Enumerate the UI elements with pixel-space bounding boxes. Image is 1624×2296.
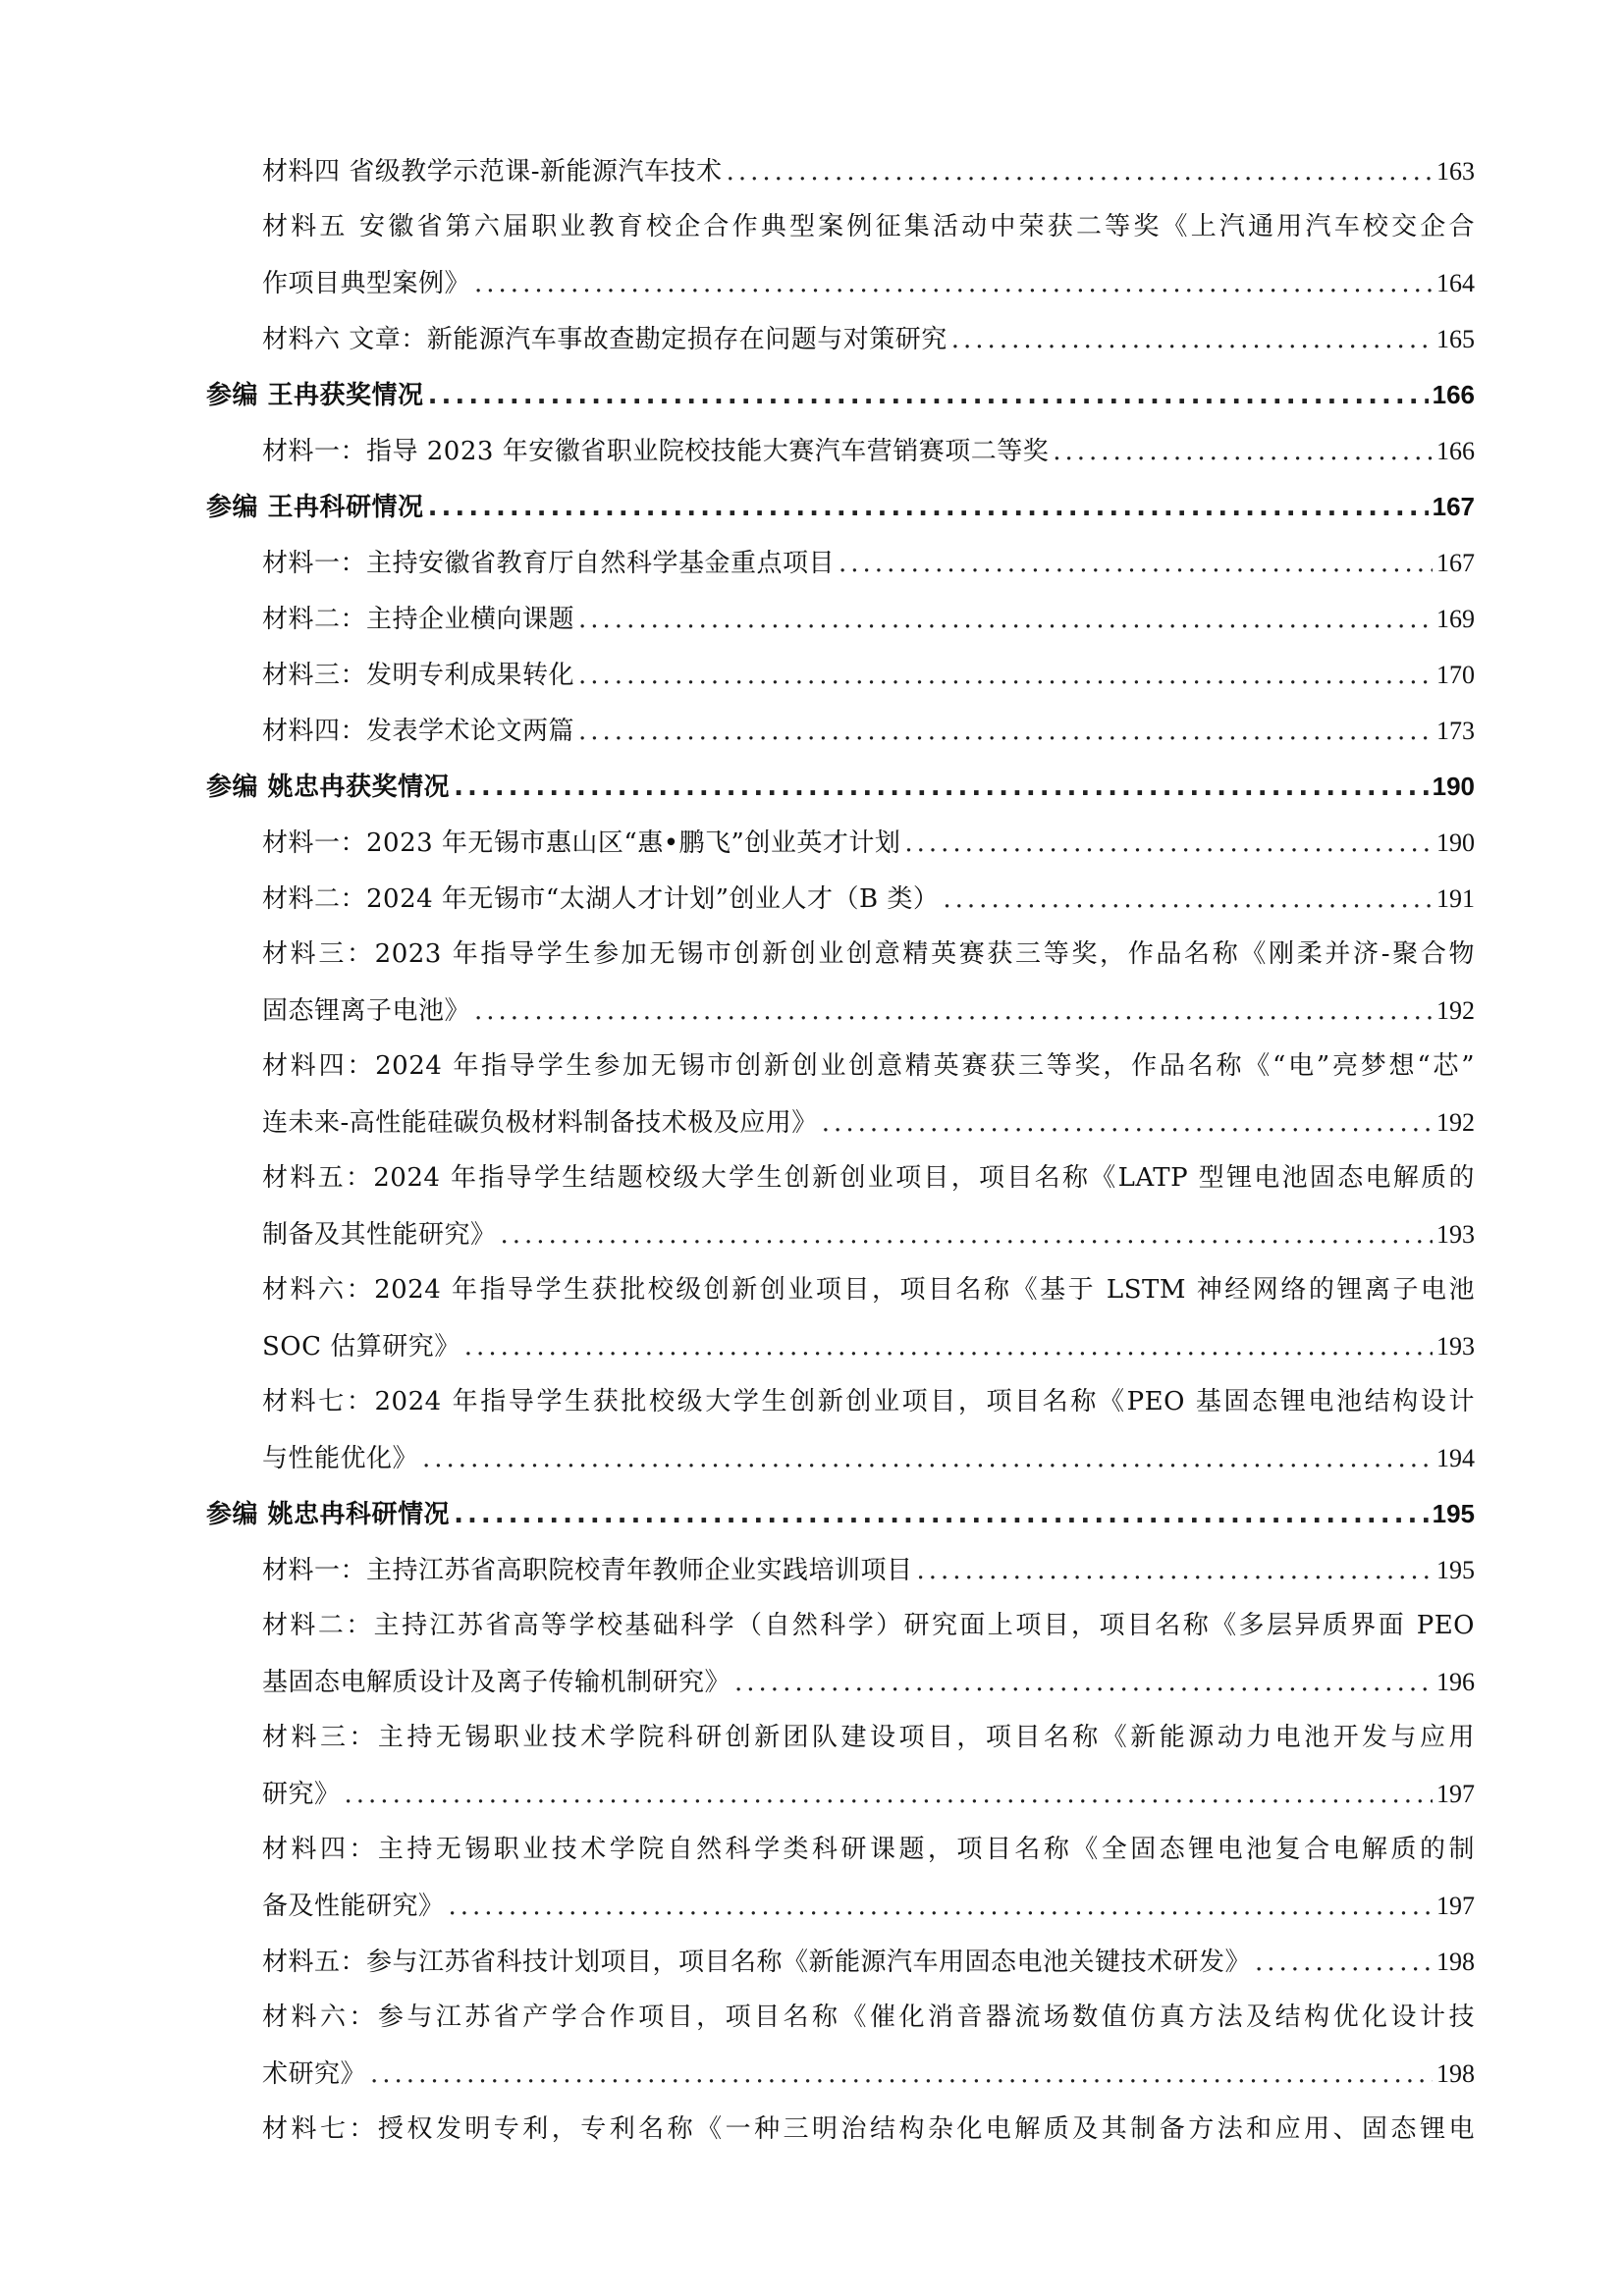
toc-section-heading[interactable]: 参编 姚忠冉获奖情况190 — [206, 759, 1475, 815]
dot-leader — [345, 1767, 1433, 1823]
dot-leader — [578, 592, 1433, 648]
toc-entry[interactable]: 材料三：发明专利成果转化170 — [206, 647, 1475, 703]
dot-leader — [474, 256, 1433, 312]
toc-entry[interactable]: 材料四 省级教学示范课-新能源汽车技术163 — [206, 143, 1475, 199]
toc-section-heading[interactable]: 参编 王冉科研情况167 — [206, 479, 1475, 535]
toc-entry-title: 材料二：主持企业横向课题 — [262, 592, 574, 648]
toc-entry-title: 材料五：2024 年指导学生结题校级大学生创新创业项目，项目名称《LATP 型锂… — [262, 1150, 1475, 1206]
toc-entry-title: 材料五：参与江苏省科技计划项目，项目名称《新能源汽车用固态电池关键技术研发》 — [262, 1935, 1251, 1991]
toc-entry[interactable]: 材料五 安徽省第六届职业教育校企合作典型案例征集活动中荣获二等奖《上汽通用汽车校… — [206, 199, 1475, 255]
toc-page-number: 167 — [1436, 535, 1475, 591]
toc-page-number: 195 — [1433, 1486, 1475, 1542]
toc-page-number: 195 — [1436, 1542, 1475, 1598]
toc-entry[interactable]: 材料一：主持江苏省高职院校青年教师企业实践培训项目195 — [206, 1542, 1475, 1598]
toc-entry[interactable]: 材料一：指导 2023 年安徽省职业院校技能大赛汽车营销赛项二等奖166 — [206, 423, 1475, 479]
dot-leader — [578, 704, 1433, 760]
toc-page-number: 193 — [1436, 1206, 1475, 1262]
toc-entry-title: 材料四：发表学术论文两篇 — [262, 704, 574, 760]
toc-entry-title: 材料三：主持无锡职业技术学院科研创新团队建设项目，项目名称《新能源动力电池开发与… — [262, 1710, 1475, 1766]
toc-entry[interactable]: 材料七：授权发明专利，专利名称《一种三明治结构杂化电解质及其制备方法和应用、固态… — [206, 2102, 1475, 2158]
toc-entry-title: 材料四：主持无锡职业技术学院自然科学类科研课题，项目名称《全固态锂电池复合电解质… — [262, 1822, 1475, 1878]
toc-entry-continuation[interactable]: 与性能优化》194 — [206, 1430, 1475, 1486]
dot-leader — [1255, 1935, 1433, 1991]
dot-leader — [422, 1431, 1433, 1487]
dot-leader — [951, 312, 1433, 368]
toc-entry[interactable]: 材料二：主持江苏省高等学校基础科学（自然科学）研究面上项目，项目名称《多层异质界… — [206, 1598, 1475, 1654]
toc-heading-title: 参编 王冉获奖情况 — [206, 368, 424, 424]
toc-entry-title: 术研究》 — [262, 2047, 366, 2103]
dot-leader — [578, 648, 1433, 704]
dot-leader — [501, 1207, 1433, 1263]
toc-page-number: 170 — [1436, 647, 1475, 703]
toc-page-number: 197 — [1436, 1766, 1475, 1822]
dot-leader — [943, 872, 1433, 928]
toc-page-number: 192 — [1436, 1095, 1475, 1150]
toc-entry-title: 连未来-高性能硅碳负极材料制备技术极及应用》 — [262, 1095, 818, 1151]
document-page: 材料四 省级教学示范课-新能源汽车技术163 材料五 安徽省第六届职业教育校企合… — [0, 0, 1624, 2296]
toc-page-number: 169 — [1436, 591, 1475, 647]
toc-entry-title: 材料六：2024 年指导学生获批校级创新创业项目，项目名称《基于 LSTM 神经… — [262, 1262, 1475, 1318]
toc-entry[interactable]: 材料二：主持企业横向课题169 — [206, 591, 1475, 647]
toc-page-number: 163 — [1436, 143, 1475, 199]
dot-leader — [454, 760, 1429, 816]
dot-leader — [474, 984, 1433, 1040]
toc-entry[interactable]: 材料五：参与江苏省科技计划项目，项目名称《新能源汽车用固态电池关键技术研发》19… — [206, 1934, 1475, 1990]
toc-section-heading[interactable]: 参编 姚忠冉科研情况195 — [206, 1486, 1475, 1542]
toc-entry-title: 材料六 文章：新能源汽车事故查勘定损存在问题与对策研究 — [262, 312, 947, 368]
toc-entry-continuation[interactable]: 固态锂离子电池》192 — [206, 983, 1475, 1039]
toc-page-number: 166 — [1433, 367, 1475, 423]
toc-entry-title: 与性能优化》 — [262, 1431, 418, 1487]
toc-entry-continuation[interactable]: 连未来-高性能硅碳负极材料制备技术极及应用》192 — [206, 1095, 1475, 1150]
toc-entry-title: 材料三：发明专利成果转化 — [262, 648, 574, 704]
dot-leader — [428, 368, 1429, 424]
toc-entry[interactable]: 材料七：2024 年指导学生获批校级大学生创新创业项目，项目名称《PEO 基固态… — [206, 1374, 1475, 1430]
toc-entry-continuation[interactable]: SOC 估算研究》193 — [206, 1318, 1475, 1374]
toc-page-number: 194 — [1436, 1430, 1475, 1486]
table-of-contents: 材料四 省级教学示范课-新能源汽车技术163 材料五 安徽省第六届职业教育校企合… — [206, 143, 1475, 2158]
dot-leader — [727, 144, 1433, 200]
toc-entry-title: 基固态电解质设计及离子传输机制研究》 — [262, 1655, 731, 1711]
toc-entry-title: 材料二：2024 年无锡市“太湖人才计划”创业人才（B 类） — [262, 872, 939, 928]
toc-page-number: 198 — [1436, 1934, 1475, 1990]
toc-entry-title: 材料一：主持江苏省高职院校青年教师企业实践培训项目 — [262, 1543, 913, 1599]
toc-entry-title: 材料一：主持安徽省教育厅自然科学基金重点项目 — [262, 536, 835, 592]
toc-entry-title: 材料七：2024 年指导学生获批校级大学生创新创业项目，项目名称《PEO 基固态… — [262, 1374, 1475, 1430]
toc-entry-title: 材料四：2024 年指导学生参加无锡市创新创业创意精英赛获三等奖，作品名称《“电… — [262, 1039, 1475, 1095]
toc-entry[interactable]: 材料六：2024 年指导学生获批校级创新创业项目，项目名称《基于 LSTM 神经… — [206, 1262, 1475, 1318]
toc-entry[interactable]: 材料六 文章：新能源汽车事故查勘定损存在问题与对策研究165 — [206, 311, 1475, 367]
toc-entry[interactable]: 材料三：2023 年指导学生参加无锡市创新创业创意精英赛获三等奖，作品名称《刚柔… — [206, 927, 1475, 983]
toc-entry-continuation[interactable]: 作项目典型案例》164 — [206, 255, 1475, 311]
toc-entry-title: 固态锂离子电池》 — [262, 984, 470, 1040]
toc-section-heading[interactable]: 参编 王冉获奖情况166 — [206, 367, 1475, 423]
toc-entry[interactable]: 材料六：参与江苏省产学合作项目，项目名称《催化消音器流场数值仿真方法及结构优化设… — [206, 1990, 1475, 2046]
toc-page-number: 190 — [1436, 815, 1475, 871]
toc-page-number: 196 — [1436, 1654, 1475, 1710]
toc-page-number: 190 — [1433, 759, 1475, 815]
toc-entry-continuation[interactable]: 制备及其性能研究》193 — [206, 1206, 1475, 1262]
toc-page-number: 167 — [1433, 479, 1475, 535]
toc-entry[interactable]: 材料四：主持无锡职业技术学院自然科学类科研课题，项目名称《全固态锂电池复合电解质… — [206, 1822, 1475, 1878]
dot-leader — [734, 1655, 1433, 1711]
toc-page-number: 191 — [1436, 871, 1475, 927]
toc-heading-title: 参编 姚忠冉获奖情况 — [206, 760, 450, 816]
dot-leader — [370, 2047, 1433, 2103]
toc-page-number: 164 — [1436, 255, 1475, 311]
toc-entry-continuation[interactable]: 研究》197 — [206, 1766, 1475, 1822]
toc-entry-continuation[interactable]: 备及性能研究》197 — [206, 1878, 1475, 1934]
toc-entry[interactable]: 材料五：2024 年指导学生结题校级大学生创新创业项目，项目名称《LATP 型锂… — [206, 1150, 1475, 1206]
toc-entry-title: 材料一：指导 2023 年安徽省职业院校技能大赛汽车营销赛项二等奖 — [262, 424, 1049, 480]
dot-leader — [917, 1543, 1433, 1599]
toc-page-number: 166 — [1436, 423, 1475, 479]
toc-page-number: 165 — [1436, 311, 1475, 367]
toc-entry[interactable]: 材料三：主持无锡职业技术学院科研创新团队建设项目，项目名称《新能源动力电池开发与… — [206, 1710, 1475, 1766]
dot-leader — [822, 1095, 1433, 1151]
toc-heading-title: 参编 王冉科研情况 — [206, 480, 424, 536]
toc-page-number: 193 — [1436, 1318, 1475, 1374]
toc-page-number: 192 — [1436, 983, 1475, 1039]
toc-entry-title: 材料六：参与江苏省产学合作项目，项目名称《催化消音器流场数值仿真方法及结构优化设… — [262, 1990, 1475, 2046]
toc-entry-title: 作项目典型案例》 — [262, 256, 470, 312]
toc-entry[interactable]: 材料二：2024 年无锡市“太湖人才计划”创业人才（B 类）191 — [206, 871, 1475, 927]
toc-entry[interactable]: 材料四：发表学术论文两篇173 — [206, 703, 1475, 759]
toc-page-number: 198 — [1436, 2046, 1475, 2102]
toc-entry-title: 材料一：2023 年无锡市惠山区“惠•鹏飞”创业英才计划 — [262, 816, 900, 872]
toc-entry[interactable]: 材料一：2023 年无锡市惠山区“惠•鹏飞”创业英才计划190 — [206, 815, 1475, 871]
dot-leader — [454, 1487, 1429, 1543]
toc-entry-title: 材料三：2023 年指导学生参加无锡市创新创业创意精英赛获三等奖，作品名称《刚柔… — [262, 927, 1475, 983]
toc-page-number: 197 — [1436, 1878, 1475, 1934]
toc-entry-title: 研究》 — [262, 1767, 341, 1823]
toc-entry[interactable]: 材料四：2024 年指导学生参加无锡市创新创业创意精英赛获三等奖，作品名称《“电… — [206, 1039, 1475, 1095]
dot-leader — [839, 536, 1433, 592]
toc-entry[interactable]: 材料一：主持安徽省教育厅自然科学基金重点项目167 — [206, 535, 1475, 591]
toc-heading-title: 参编 姚忠冉科研情况 — [206, 1487, 450, 1543]
dot-leader — [449, 1879, 1433, 1935]
toc-entry-title: 材料七：授权发明专利，专利名称《一种三明治结构杂化电解质及其制备方法和应用、固态… — [262, 2102, 1475, 2158]
toc-entry-title: SOC 估算研究》 — [262, 1319, 460, 1375]
toc-entry-title: 制备及其性能研究》 — [262, 1207, 497, 1263]
toc-entry-continuation[interactable]: 术研究》198 — [206, 2046, 1475, 2102]
toc-entry-title: 材料二：主持江苏省高等学校基础科学（自然科学）研究面上项目，项目名称《多层异质界… — [262, 1598, 1475, 1654]
dot-leader — [464, 1319, 1433, 1375]
toc-page-number: 173 — [1436, 703, 1475, 759]
toc-entry-continuation[interactable]: 基固态电解质设计及离子传输机制研究》196 — [206, 1654, 1475, 1710]
toc-entry-title: 备及性能研究》 — [262, 1879, 445, 1935]
toc-entry-title: 材料五 安徽省第六届职业教育校企合作典型案例征集活动中荣获二等奖《上汽通用汽车校… — [262, 199, 1475, 255]
dot-leader — [428, 480, 1429, 536]
dot-leader — [904, 816, 1433, 872]
toc-entry-title: 材料四 省级教学示范课-新能源汽车技术 — [262, 144, 723, 200]
dot-leader — [1053, 424, 1433, 480]
